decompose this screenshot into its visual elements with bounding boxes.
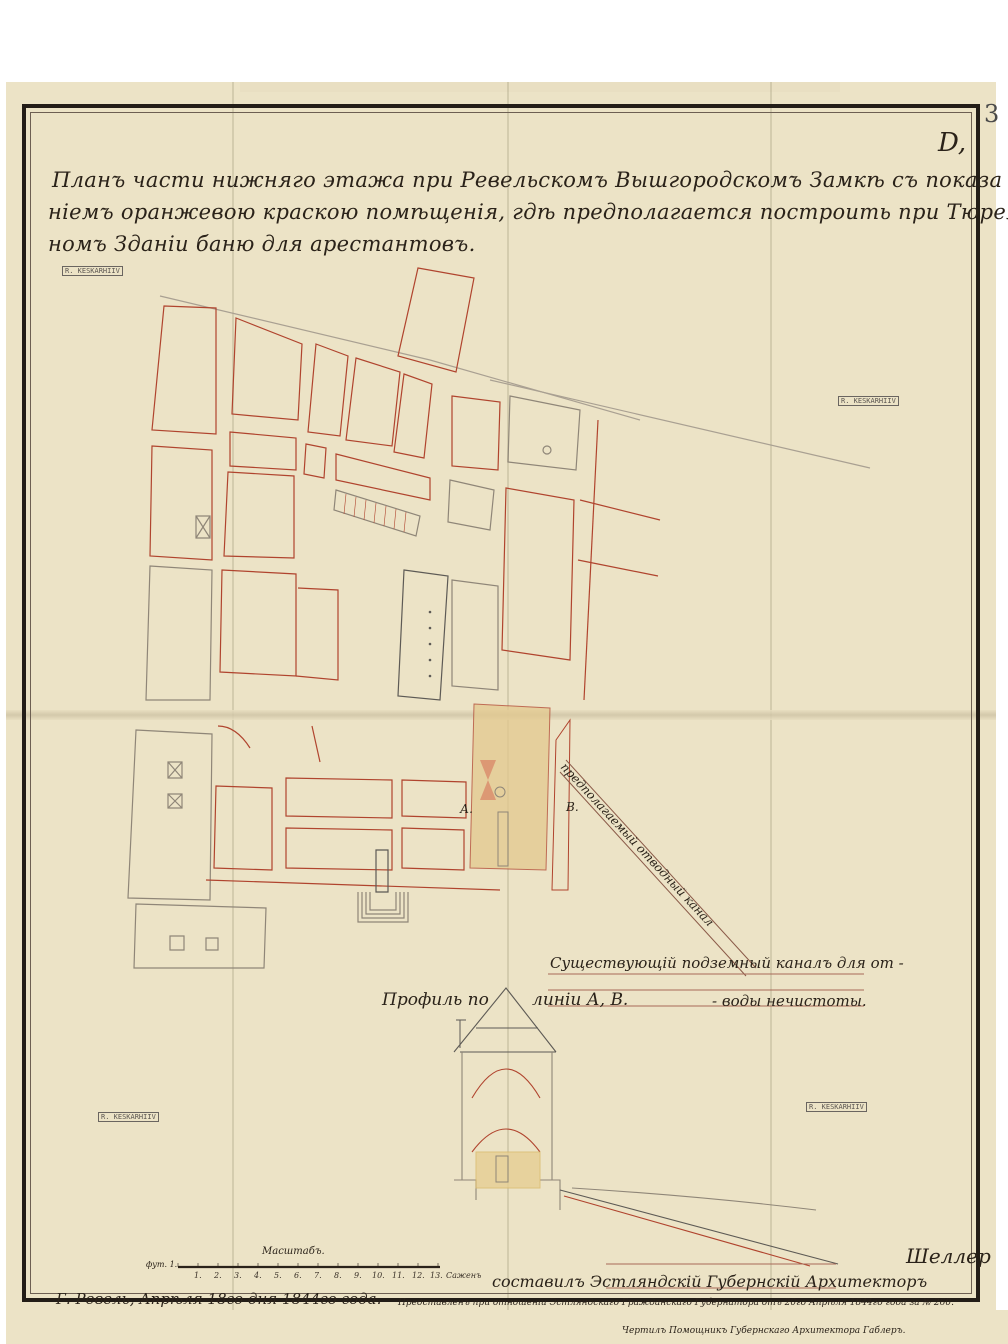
point-a-label: А. [460, 802, 473, 816]
scale-tick: 3. [234, 1271, 242, 1280]
scale-tick: 10. [372, 1271, 385, 1280]
scale-tick: 4. [254, 1271, 262, 1280]
scale-title: Масштабъ. [262, 1246, 325, 1257]
scale-tick: 1. [194, 1271, 202, 1280]
scale-tick: 13. [430, 1271, 443, 1280]
profile-label-right: линіи А, В. [532, 990, 628, 1010]
scale-unit-right: Саженъ [446, 1271, 481, 1280]
scale-tick: 2. [214, 1271, 222, 1280]
presented-note: Представленъ при отношеніи Эстляндскаго … [398, 1298, 954, 1308]
place-date: Г. Ревель, Апрѣля 18го дня 1844го года. [56, 1290, 381, 1308]
scale-tick: 6. [294, 1271, 302, 1280]
scale-tick: 8. [334, 1271, 342, 1280]
scale-tick: 11. [392, 1271, 405, 1280]
scale-unit-left: фут. 1. [146, 1260, 177, 1269]
scale-tick: 7. [314, 1271, 322, 1280]
floor-plan-drawing [0, 0, 1008, 1344]
drawn-by-note: Чертилъ Помощникъ Губернскаго Архитектор… [622, 1326, 906, 1336]
profile-label-left: Профиль по [382, 990, 489, 1010]
architect-signature: Шеллер [906, 1244, 991, 1268]
scale-tick: 9. [354, 1271, 362, 1280]
scale-tick: 5. [274, 1271, 282, 1280]
existing-canal-label-bottom: - воды нечистоты. [712, 992, 867, 1010]
composed-by: составилъ Эстляндскій Губернскій Архитек… [492, 1272, 927, 1291]
existing-canal-label-top: Существующій подземный каналъ для от - [550, 954, 904, 972]
point-b-label: В. [566, 800, 579, 814]
scale-tick: 12. [412, 1271, 425, 1280]
